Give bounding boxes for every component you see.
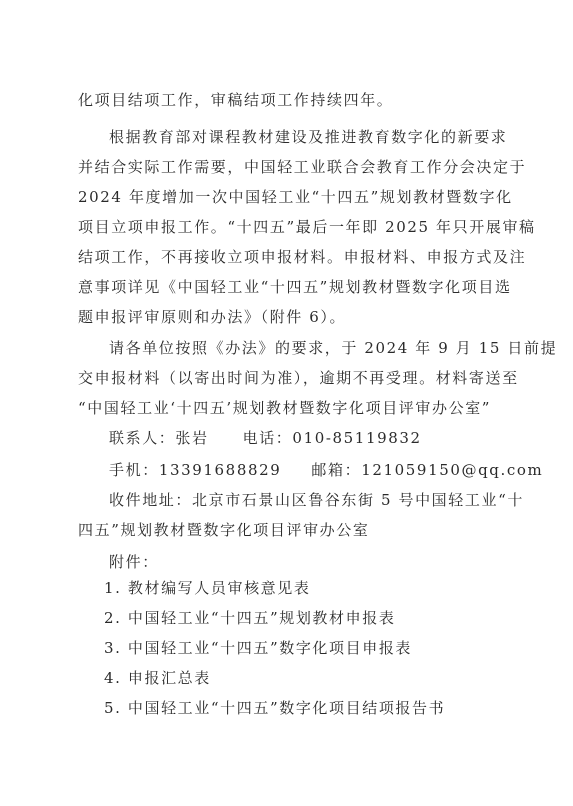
paragraph-line: 项目立项申报工作。“十四五”最后一年即 2025 年只开展审稿 [78,217,498,237]
address-line: 收件地址：北京市石景山区鲁谷东街 5 号中国轻工业“十 [109,490,529,510]
attachment-item: 3. 中国轻工业“十四五”数字化项目申报表 [104,638,524,658]
attachments-heading: 附件： [109,552,529,572]
address-line: 四五”规划教材暨数字化项目评审办公室 [78,520,498,540]
attachment-item: 5. 中国轻工业“十四五”数字化项目结项报告书 [104,698,524,718]
email-label: 邮箱： [311,461,361,479]
attachment-item: 1. 教材编写人员审核意见表 [104,578,524,598]
document-page: 化项目结项工作，审稿结项工作持续四年。 根据教育部对课程教材建设及推进教育数字化… [0,0,573,806]
mobile-number: 13391688829 [159,461,282,479]
paragraph-line: “中国轻工业‘十四五’规划教材暨数字化项目评审办公室” [78,398,498,418]
mobile-email-line: 手机：13391688829邮箱：121059150@qq.com [109,460,529,480]
paragraph-line: 请各单位按照《办法》的要求，于 2024 年 9 月 15 日前提 [109,338,529,358]
paragraph-line: 结项工作，不再接收立项申报材料。申报材料、申报方式及注 [78,247,498,267]
phone-label: 电话： [243,429,293,447]
contact-line: 联系人：张岩电话：010-85119832 [109,428,529,448]
mobile-label: 手机： [109,461,159,479]
attachment-item: 2. 中国轻工业“十四五”规划教材申报表 [104,608,524,628]
contact-person: 张岩 [175,429,208,447]
phone-number: 010-85119832 [292,429,421,447]
paragraph-line: 交申报材料（以寄出时间为准），逾期不再受理。材料寄送至 [78,368,498,388]
paragraph-line: 根据教育部对课程教材建设及推进教育数字化的新要求 [109,127,529,147]
contact-person-label: 联系人： [109,429,175,447]
paragraph-line: 意事项详见《中国轻工业“十四五”规划教材暨数字化项目选 [78,277,498,297]
email-address: 121059150@qq.com [361,461,543,479]
paragraph-line: 题申报评审原则和办法》（附件 6）。 [78,307,498,327]
paragraph-line: 2024 年度增加一次中国轻工业“十四五”规划教材暨数字化 [78,187,498,207]
paragraph-line: 并结合实际工作需要，中国轻工业联合会教育工作分会决定于 [78,157,498,177]
attachment-item: 4. 申报汇总表 [104,668,524,688]
paragraph-line: 化项目结项工作，审稿结项工作持续四年。 [78,90,498,110]
